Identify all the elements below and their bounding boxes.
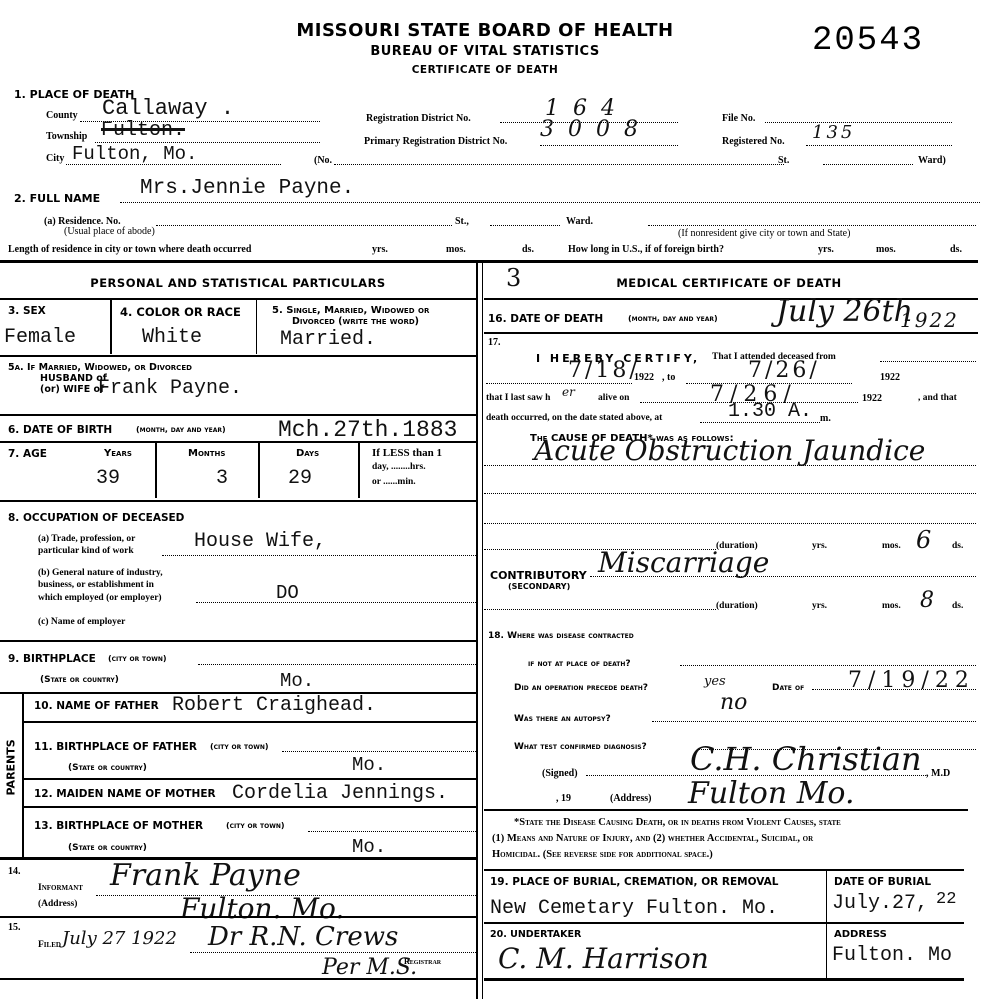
foreign-yrs-label: yrs. — [818, 244, 834, 255]
sex-label: 3. SEX — [8, 305, 46, 317]
duration-primary-days[interactable]: 6 — [916, 526, 931, 554]
divider — [484, 922, 964, 924]
board-title: MISSOURI STATE BOARD OF HEALTH — [250, 20, 720, 41]
test-label: What test confirmed diagnosis? — [514, 742, 647, 752]
cause-line-1 — [484, 462, 976, 466]
length-mos-label: mos. — [446, 244, 466, 255]
father-value[interactable]: Robert Craighead. — [172, 694, 376, 717]
occ-b-label-3: which employed (or employer) — [38, 593, 162, 603]
death-occurred-label: death occurred, on the date stated above… — [486, 413, 662, 423]
foreign-birth-label: How long in U.S., if of foreign birth? — [568, 244, 724, 255]
occ-a-label-2: particular kind of work — [38, 546, 134, 556]
reg-district-label: Registration District No. — [366, 113, 471, 124]
city-label: City — [46, 153, 64, 164]
dob-value[interactable]: Mch.27th.1883 — [278, 417, 457, 443]
ward-label: Ward) — [918, 155, 946, 166]
sex-value[interactable]: Female — [4, 326, 76, 349]
duration-mos-label-2: mos. — [882, 601, 901, 611]
operation-date-value: 7/19/22 — [848, 668, 975, 693]
primary-reg-field[interactable]: 3008 — [540, 127, 678, 146]
residence-st-label: St., — [455, 216, 469, 227]
length-ds-label: ds. — [522, 244, 534, 255]
city-value: Fulton, Mo. — [72, 143, 197, 165]
burial-label: 19. PLACE OF BURIAL, CREMATION, OR REMOV… — [490, 876, 778, 888]
less-day-label: day, ........hrs. — [372, 462, 426, 472]
informant-value: Frank Payne — [110, 858, 301, 893]
signed-label: (Signed) — [542, 768, 578, 779]
medical-address-value[interactable]: Fulton Mo. — [688, 776, 855, 811]
burial-date-label: DATE OF BURIAL — [834, 876, 931, 888]
dod-year: 1922 — [900, 308, 959, 332]
marital-label-2: Divorced (write the word) — [292, 316, 419, 327]
divider — [258, 443, 260, 498]
if-not-label: if not at place of death? — [528, 659, 631, 669]
undertaker-address-label: ADDRESS — [834, 929, 887, 940]
residence-ward-field[interactable] — [490, 214, 560, 226]
item-17-label: 17. — [488, 337, 501, 348]
divider — [358, 443, 360, 498]
length-residence-label: Length of residence in city or town wher… — [8, 244, 251, 255]
occ-a-label: (a) Trade, profession, or — [38, 534, 135, 544]
street-label: St. — [778, 155, 789, 166]
md-label: , M.D — [926, 768, 950, 779]
divider — [0, 916, 476, 918]
medical-address-label: (Address) — [610, 793, 651, 804]
divider — [0, 414, 476, 416]
mother-label: 12. MAIDEN NAME OF MOTHER — [34, 788, 216, 800]
bureau-subtitle: BUREAU OF VITAL STATISTICS — [290, 44, 680, 59]
duration-ds-label-2: ds. — [952, 601, 963, 611]
where-contracted-label: 18. Where was disease contracted — [488, 631, 634, 641]
registered-no-value: 135 — [812, 122, 855, 143]
mother-state-label: (State or country) — [68, 843, 147, 853]
occ-b-field[interactable] — [196, 593, 476, 603]
cause-line-3 — [484, 520, 976, 524]
divider — [0, 355, 476, 357]
husband-of-label: HUSBAND of — [40, 373, 107, 384]
file-no-field[interactable] — [765, 110, 952, 123]
filed-value[interactable]: July 27 1922 — [62, 928, 177, 949]
residence-no-field[interactable] — [156, 214, 452, 226]
township-field[interactable]: Fulton. — [95, 125, 320, 143]
father-birthplace-sublabel: (city or town) — [210, 742, 269, 751]
duration-label-2: (duration) — [716, 601, 758, 611]
signed-value: C.H. Christian — [690, 740, 922, 778]
full-name-value: Mrs.Jennie Payne. — [140, 177, 354, 200]
attended-from-extra — [880, 352, 976, 362]
divider — [484, 809, 968, 811]
divider — [155, 443, 157, 498]
duration-yrs-label-2: yrs. — [812, 601, 827, 611]
divider — [22, 778, 476, 780]
filed-number: 15. — [8, 922, 21, 933]
attended-to-year: 1922 — [880, 372, 900, 383]
occ-c-label: (c) Name of employer — [38, 617, 125, 627]
registrar-per: Per M.S. — [322, 955, 417, 980]
informant-label: Informant — [38, 883, 83, 893]
birthplace-label: 9. BIRTHPLACE — [8, 653, 96, 665]
marital-value[interactable]: Married. — [280, 328, 376, 351]
ward-field[interactable] — [823, 152, 913, 165]
registrar-value: Dr R.N. Crews — [208, 922, 398, 952]
margin-mark: 3 — [506, 264, 521, 292]
street-no-field[interactable] — [334, 152, 784, 165]
township-value: Fulton. — [101, 119, 185, 142]
form-name: CERTIFICATE OF DEATH — [320, 64, 650, 76]
operation-value[interactable]: yes — [704, 674, 726, 689]
divider — [0, 260, 978, 263]
father-city-field[interactable] — [282, 742, 476, 752]
race-value[interactable]: White — [142, 326, 202, 349]
divider — [484, 869, 964, 871]
full-name-field[interactable]: Mrs.Jennie Payne. — [120, 186, 980, 203]
age-label: 7. AGE — [8, 448, 47, 460]
age-days-value[interactable]: 29 — [288, 467, 312, 490]
death-time-value: 1.30 A. — [728, 400, 812, 423]
divider — [110, 300, 112, 354]
footnote-line-3: Homicidal. (See reverse side for additio… — [492, 849, 713, 860]
birthplace-city-field[interactable] — [198, 655, 476, 665]
autopsy-field — [652, 718, 976, 722]
undertaker-value[interactable]: C. M. Harrison — [498, 942, 709, 975]
father-birthplace-label: 11. BIRTHPLACE OF FATHER — [34, 741, 197, 753]
and-that-label: , and that — [918, 393, 957, 403]
undertaker-label: 20. UNDERTAKER — [490, 929, 581, 940]
informant-address-value: Fulton. Mo. — [180, 892, 344, 925]
residence-ward-label: Ward. — [566, 216, 593, 227]
duration-mos-label: mos. — [882, 541, 901, 551]
attended-from-value: 7/18/ — [568, 358, 640, 383]
filed-label: Filed — [38, 940, 61, 950]
duration-secondary-days[interactable]: 8 — [920, 588, 934, 613]
occ-b-label: (b) General nature of industry, — [38, 568, 163, 578]
alive-on-label: alive on — [598, 393, 629, 403]
mother-state-value[interactable]: Mo. — [352, 836, 386, 858]
column-divider — [476, 262, 478, 999]
death-time-m: m. — [820, 413, 831, 424]
age-months-value[interactable]: 3 — [216, 467, 228, 490]
mother-value[interactable]: Cordelia Jennings. — [232, 782, 448, 805]
duration-secondary-field — [484, 606, 716, 610]
informant-number: 14. — [8, 866, 21, 877]
footnote-line-2: (1) Means and Nature of Injury, and (2) … — [492, 833, 813, 844]
occupation-label: 8. OCCUPATION OF DECEASED — [8, 512, 184, 524]
mother-birthplace-sublabel: (city or town) — [226, 821, 285, 830]
date-of-label: Date of — [772, 683, 804, 693]
spouse-label: 5a. If Married, Widowed, or Divorced — [8, 362, 192, 373]
county-value: Callaway . — [102, 96, 234, 121]
divider — [484, 332, 978, 334]
divider — [484, 978, 964, 981]
parents-label: PARENTS — [5, 746, 18, 796]
informant-address-label: (Address) — [38, 899, 77, 909]
attended-from-year: 1922 — [634, 372, 654, 383]
autopsy-value[interactable]: no — [720, 690, 747, 715]
divider — [22, 806, 476, 808]
burial-value[interactable]: New Cemetary Fulton. Mo. — [490, 897, 778, 920]
contributory-label: CONTRIBUTORY — [490, 569, 587, 582]
length-yrs-label: yrs. — [372, 244, 388, 255]
last-saw-value[interactable]: er — [562, 385, 575, 399]
alive-on-year: 1922 — [862, 393, 882, 404]
days-label: Days — [296, 448, 319, 459]
divider — [22, 721, 476, 723]
father-state-value[interactable]: Mo. — [352, 754, 386, 776]
divider — [256, 300, 257, 354]
full-name-label: 2. FULL NAME — [14, 192, 100, 205]
duration-yrs-label: yrs. — [812, 541, 827, 551]
to-label: , to — [662, 372, 675, 383]
divider — [0, 298, 476, 300]
divider — [22, 692, 24, 857]
registered-no-field[interactable]: 135 — [806, 128, 952, 146]
months-label: Months — [188, 448, 225, 459]
occ-b-value: DO — [276, 582, 299, 604]
birthplace-state-label: (State or country) — [40, 675, 119, 685]
mother-birthplace-label: 13. BIRTHPLACE OF MOTHER — [34, 820, 203, 832]
birthplace-state-value[interactable]: Mo. — [280, 670, 314, 692]
personal-section-title: PERSONAL AND STATISTICAL PARTICULARS — [0, 276, 476, 290]
divider — [0, 640, 476, 642]
county-label: County — [46, 110, 78, 121]
right-border — [476, 262, 478, 264]
divider — [0, 978, 476, 980]
dod-sublabel: (month, day and year) — [628, 314, 718, 323]
medical-section-title: MEDICAL CERTIFICATE OF DEATH — [574, 276, 884, 290]
nonresident-note: (If nonresident give city or town and St… — [678, 228, 850, 239]
occ-a-value: House Wife, — [194, 530, 326, 553]
duration-ds-label: ds. — [952, 541, 963, 551]
occ-b-label-2: business, or establishment in — [38, 580, 154, 590]
township-label: Township — [46, 131, 87, 142]
operation-label: Did an operation precede death? — [514, 683, 648, 693]
foreign-mos-label: mos. — [876, 244, 896, 255]
birthplace-sublabel: (city or town) — [108, 654, 167, 663]
dob-sublabel: (month, day and year) — [136, 425, 226, 434]
divider — [0, 500, 476, 502]
autopsy-label: Was there an autopsy? — [514, 714, 611, 724]
contributory-value: Miscarriage — [598, 546, 769, 579]
primary-reg-label: Primary Registration District No. — [364, 136, 507, 147]
footnote-line-1: *State the Disease Causing Death, or in … — [514, 817, 841, 828]
less-than-label: If LESS than 1 — [372, 447, 442, 459]
file-no-label: File No. — [722, 113, 755, 124]
race-label: 4. COLOR OR RACE — [120, 305, 241, 319]
divider — [826, 870, 827, 978]
last-saw-label: that I last saw h — [486, 393, 550, 403]
father-label: 10. NAME OF FATHER — [34, 700, 159, 712]
burial-date-value[interactable]: July.27, — [832, 892, 928, 915]
marital-label: 5. Single, Married, Widowed or — [272, 305, 429, 316]
primary-reg-value: 3008 — [540, 117, 652, 142]
usual-abode-note: (Usual place of abode) — [64, 226, 155, 237]
city-field[interactable]: Fulton, Mo. — [66, 147, 281, 165]
nonresident-field[interactable] — [648, 214, 976, 226]
years-label: Years — [104, 448, 132, 459]
age-years-value[interactable]: 39 — [96, 467, 120, 490]
street-no-label: (No. — [314, 155, 332, 166]
registered-no-label: Registered No. — [722, 136, 785, 147]
dod-value[interactable]: July 26th — [776, 294, 913, 329]
father-state-label: (State or country) — [68, 763, 147, 773]
less-or-label: or ......min. — [372, 477, 416, 487]
undertaker-address-value[interactable]: Fulton. Mo — [832, 944, 952, 967]
cause-line-2 — [484, 490, 976, 494]
dod-label: 16. DATE OF DEATH — [488, 313, 603, 325]
wife-of-label: (or) WIFE of — [40, 384, 104, 395]
spouse-value[interactable]: Frank Payne. — [98, 377, 242, 400]
dob-label: 6. DATE OF BIRTH — [8, 424, 112, 436]
secondary-label: (SECONDARY) — [508, 582, 570, 591]
foreign-ds-label: ds. — [950, 244, 962, 255]
attended-to-value: 7/26/ — [748, 358, 820, 383]
divider — [0, 441, 476, 443]
year-19-label: , 19 — [556, 793, 571, 804]
mother-city-field[interactable] — [308, 822, 476, 832]
burial-date-year: 22 — [936, 890, 956, 909]
where-contracted-field[interactable] — [680, 662, 976, 666]
column-divider-inner — [482, 262, 483, 999]
certificate-number: 20543 — [812, 22, 924, 60]
